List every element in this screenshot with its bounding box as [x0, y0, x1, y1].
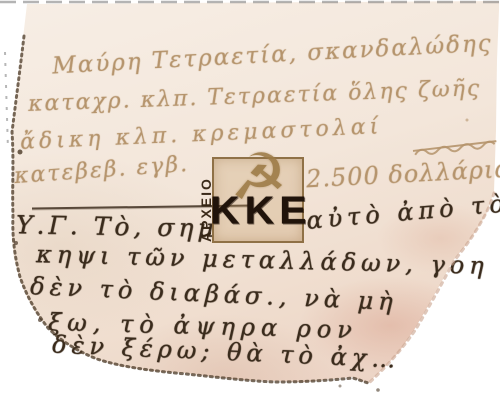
stamp-org-label: ΚΚΕ [210, 191, 312, 230]
postscript-line: Υ.Γ. Τὸ, σημ [16, 210, 218, 243]
scanned-note: Μαύρη Τετραετία, σκανδαλώδης καταχρ. κλπ… [0, 0, 500, 397]
archive-stamp: ☭ ΑΡΧΕΙΟ ΚΚΕ [197, 150, 309, 244]
